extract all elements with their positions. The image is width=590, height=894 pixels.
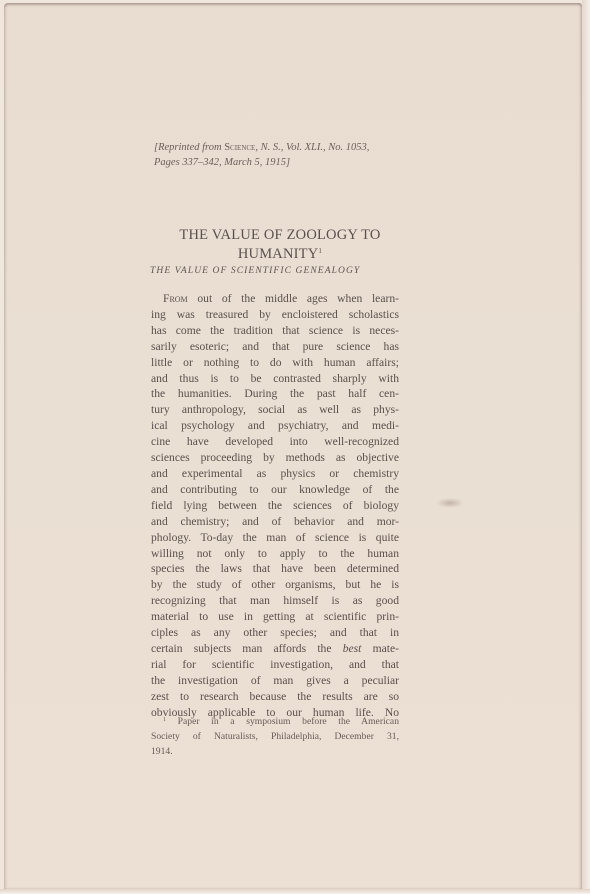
article-title: THE VALUE OF ZOOLOGY TO HUMANITY1 <box>150 227 410 262</box>
citation-journal: Science <box>224 142 255 153</box>
body-line: has come the tradition that science is n… <box>151 323 399 339</box>
body-line: and thus is to be contrasted sharply wit… <box>151 371 399 387</box>
citation-details: , N. S., Vol. XLI., No. 1053, <box>255 142 369 153</box>
body-line: and chemistry; and of behavior and mor- <box>151 514 399 530</box>
scanned-document: [Reprinted from Science, N. S., Vol. XLI… <box>0 0 590 894</box>
body-line: and contributing to our knowledge of the <box>151 482 399 498</box>
body-line: material to use in getting at scientific… <box>151 609 399 625</box>
article-subtitle: THE VALUE OF SCIENTIFIC GENEALOGY <box>150 266 410 276</box>
footnote-line: 1914. <box>151 744 399 759</box>
body-line: species the laws that have been determin… <box>151 561 399 577</box>
body-line: and experimental as physics or chemistry <box>151 466 399 482</box>
body-line: From out of the middle ages when learn- <box>151 291 399 307</box>
body-line: rial for scientific investigation, and t… <box>151 657 399 673</box>
body-line: ciples as any other species; and that in <box>151 625 399 641</box>
body-line: the humanities. During the past half cen… <box>151 386 399 402</box>
citation-prefix: [Reprinted from <box>154 142 224 153</box>
body-line: recognizing that man himself is as good <box>151 593 399 609</box>
body-line: sarily esoteric; and that pure science h… <box>151 339 399 355</box>
title-footnote-marker: 1 <box>318 247 322 255</box>
body-line: phology. To-day the man of science is qu… <box>151 530 399 546</box>
body-line: cine have developed into well-recognized <box>151 434 399 450</box>
footnote: 1 Paper in a symposium before the Americ… <box>151 713 399 759</box>
body-line: tury anthropology, social as well as phy… <box>151 402 399 418</box>
body-line: field lying between the sciences of biol… <box>151 498 399 514</box>
page-edge-bottom <box>0 889 590 894</box>
title-line-2: HUMANITY <box>238 246 319 262</box>
footnote-line: 1 Paper in a symposium before the Americ… <box>151 713 399 729</box>
emphasis-best: best <box>343 642 362 655</box>
footnote-marker: 1 <box>163 717 166 723</box>
footnote-line: Society of Naturalists, Philadelphia, De… <box>151 729 399 744</box>
reprint-citation: [Reprinted from Science, N. S., Vol. XLI… <box>154 140 414 170</box>
lead-word: From <box>163 292 188 305</box>
body-line: ing was treasured by encloistered schola… <box>151 307 399 323</box>
body-line: the investigation of man gives a peculia… <box>151 673 399 689</box>
body-line: ical psychology and psychiatry, and medi… <box>151 418 399 434</box>
citation-pages: Pages 337–342, March 5, 1915] <box>154 157 290 168</box>
body-line: certain subjects man affords the best ma… <box>151 641 399 657</box>
title-line-1: THE VALUE OF ZOOLOGY TO <box>179 227 380 243</box>
body-line: little or nothing to do with human affai… <box>151 355 399 371</box>
body-line: willing not only to apply to the human <box>151 546 399 562</box>
ink-smudge <box>436 498 464 508</box>
article-body: From out of the middle ages when learn- … <box>151 291 399 720</box>
page-edge-right <box>582 0 590 894</box>
body-line: sciences proceeding by methods as object… <box>151 450 399 466</box>
body-line: zest to research because the results are… <box>151 689 399 705</box>
body-line: by the study of other organisms, but he … <box>151 577 399 593</box>
